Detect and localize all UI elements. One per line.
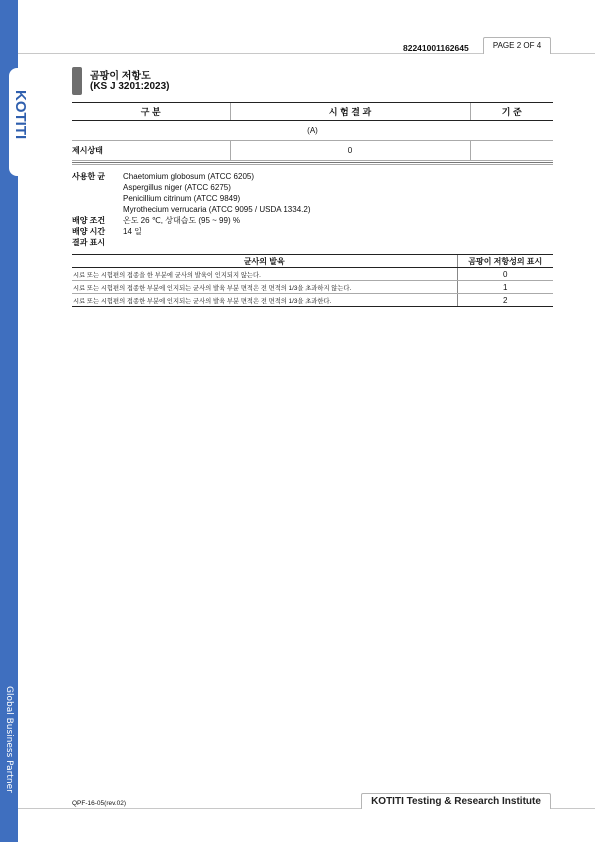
result-table: 구 분 시 험 결 과 기 준 (A) 제시상태 0 — [72, 102, 553, 161]
institute-name: KOTITI Testing & Research Institute — [361, 793, 551, 809]
sample-id-row: (A) — [72, 121, 553, 141]
time-value: 14 일 — [123, 226, 142, 237]
row-result: 0 — [230, 141, 470, 161]
resistance-score: 2 — [457, 294, 553, 307]
fungus-item: Penicillium citrinum (ATCC 9849) — [123, 193, 310, 204]
table-row: 시료 또는 시험편의 접종을 한 부분에 균사의 발육이 인지되지 않는다. 0 — [72, 268, 553, 281]
fungi-list: Chaetomium globosum (ATCC 6205) Aspergil… — [123, 171, 310, 215]
page-indicator: PAGE 2 OF 4 — [483, 37, 551, 54]
header-category: 구 분 — [72, 103, 230, 121]
section-title: 곰팡이 저항도 — [90, 67, 151, 82]
header-resistance: 곰팡이 저항성의 표시 — [457, 255, 553, 268]
table-row: 제시상태 0 — [72, 141, 553, 161]
row-label: 제시상태 — [72, 141, 230, 161]
fungi-label: 사용한 균 — [72, 171, 123, 215]
section-marker — [72, 67, 82, 95]
fungi-row: 사용한 균 Chaetomium globosum (ATCC 6205) As… — [72, 171, 310, 215]
resistance-score: 0 — [457, 268, 553, 281]
kotiti-logo: KOTITI — [11, 90, 29, 160]
result-table-header: 구 분 시 험 결 과 기 준 — [72, 103, 553, 121]
sample-id: (A) — [72, 121, 553, 141]
table-row: 시료 또는 시험편의 접종한 부분에 인지되는 균사의 발육 부분 면적은 전 … — [72, 294, 553, 307]
growth-description: 시료 또는 시험편의 접종한 부분에 인지되는 균사의 발육 부분 면적은 전 … — [72, 281, 457, 294]
table-row: 시료 또는 시험편의 접종한 부분에 인지되는 균사의 발육 부분 면적은 전 … — [72, 281, 553, 294]
condition-row: 배양 조건 온도 26 ℃, 상대습도 (95 ~ 99) % — [72, 215, 310, 226]
time-label: 배양 시간 — [72, 226, 123, 237]
rating-table-header: 균사의 발육 곰팡이 저항성의 표시 — [72, 255, 553, 268]
row-criterion — [470, 141, 553, 161]
section-standard: (KS J 3201:2023) — [90, 81, 170, 92]
display-label: 결과 표시 — [72, 237, 123, 248]
display-row: 결과 표시 — [72, 237, 310, 248]
header-result: 시 험 결 과 — [230, 103, 470, 121]
rating-table: 균사의 발육 곰팡이 저항성의 표시 시료 또는 시험편의 접종을 한 부분에 … — [72, 254, 553, 307]
growth-description: 시료 또는 시험편의 접종한 부분에 인지되는 균사의 발육 부분 면적은 전 … — [72, 294, 457, 307]
report-number: 82241001162645 — [403, 43, 469, 53]
header-criterion: 기 준 — [470, 103, 553, 121]
form-code: QPF-16-05(rev.02) — [72, 800, 126, 807]
table-double-rule — [72, 162, 553, 165]
test-info: 사용한 균 Chaetomium globosum (ATCC 6205) As… — [72, 171, 310, 248]
fungus-item: Myrothecium verrucaria (ATCC 9095 / USDA… — [123, 204, 310, 215]
resistance-score: 1 — [457, 281, 553, 294]
condition-label: 배양 조건 — [72, 215, 123, 226]
header-growth: 균사의 발육 — [72, 255, 457, 268]
time-row: 배양 시간 14 일 — [72, 226, 310, 237]
fungus-item: Chaetomium globosum (ATCC 6205) — [123, 171, 310, 182]
sidebar-slogan: Global Business Partner — [2, 686, 16, 788]
growth-description: 시료 또는 시험편의 접종을 한 부분에 균사의 발육이 인지되지 않는다. — [72, 268, 457, 281]
condition-value: 온도 26 ℃, 상대습도 (95 ~ 99) % — [123, 215, 240, 226]
fungus-item: Aspergillus niger (ATCC 6275) — [123, 182, 310, 193]
